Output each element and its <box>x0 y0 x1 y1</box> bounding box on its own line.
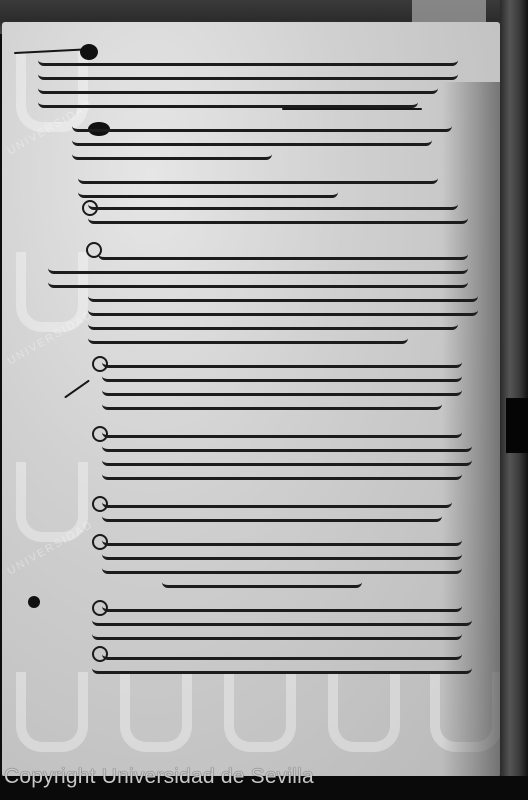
watermark-logo <box>224 672 296 752</box>
manuscript-scan: UNIVERSIDAD UNIVERSIDAD UNIVERSIDAD <box>0 0 528 800</box>
watermark-logo <box>328 672 400 752</box>
watermark-logo <box>16 672 88 752</box>
watermark-logo <box>120 672 192 752</box>
spine-gap <box>506 398 528 453</box>
manuscript-page: UNIVERSIDAD UNIVERSIDAD UNIVERSIDAD <box>2 22 500 777</box>
copyright-watermark: Copyright Universidad de Sevilla <box>4 765 314 789</box>
